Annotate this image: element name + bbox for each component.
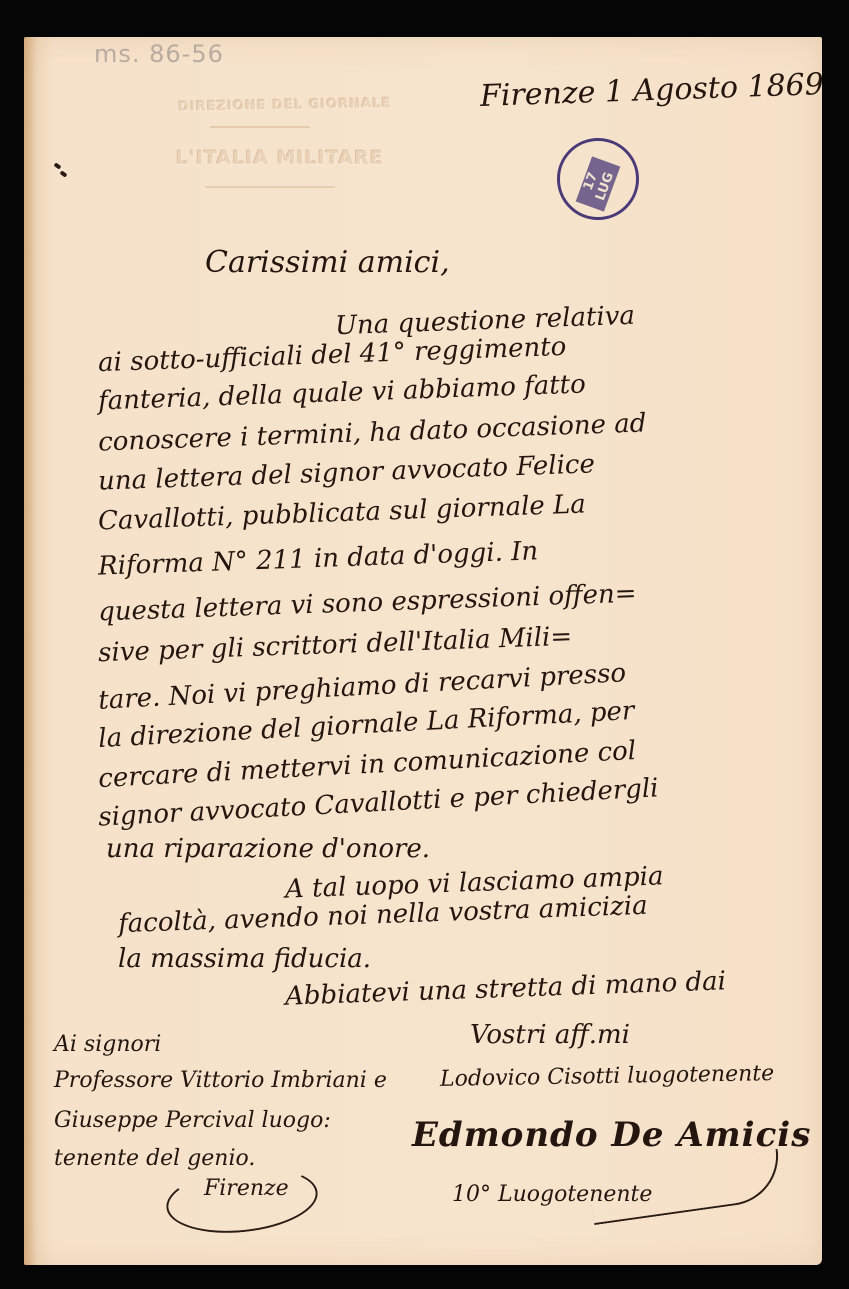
addressee-line-1: Ai signori	[54, 1034, 161, 1056]
letterhead-ornament-bottom	[205, 186, 335, 188]
signatory-rank: 10° Luogotenente	[452, 1184, 652, 1206]
margin-ink-marks	[54, 160, 67, 176]
addressee-line-3: Giuseppe Percival luogo:	[54, 1110, 331, 1132]
library-stamp: 17 LUG	[557, 138, 639, 220]
addressee-city: Firenze	[204, 1178, 289, 1200]
salutation: Carissimi amici,	[205, 248, 450, 278]
body-line-14: una riparazione d'onore.	[106, 836, 430, 862]
letterhead-ornament	[210, 126, 310, 128]
addressee-line-2: Professore Vittorio Imbriani e	[54, 1070, 387, 1092]
signatory-cisotti: Lodovico Cisotti luogotenente	[440, 1063, 775, 1091]
shelfmark-annotation: ms. 86-56	[94, 40, 224, 68]
body-line-17: la massima fiducia.	[118, 946, 371, 972]
signatory-de-amicis: Edmondo De Amicis	[412, 1118, 811, 1152]
letterhead-title: L'ITALIA MILITARE	[160, 147, 400, 169]
addressee-line-4: tenente del genio.	[54, 1148, 255, 1170]
closing: Vostri aff.mi	[470, 1022, 630, 1048]
